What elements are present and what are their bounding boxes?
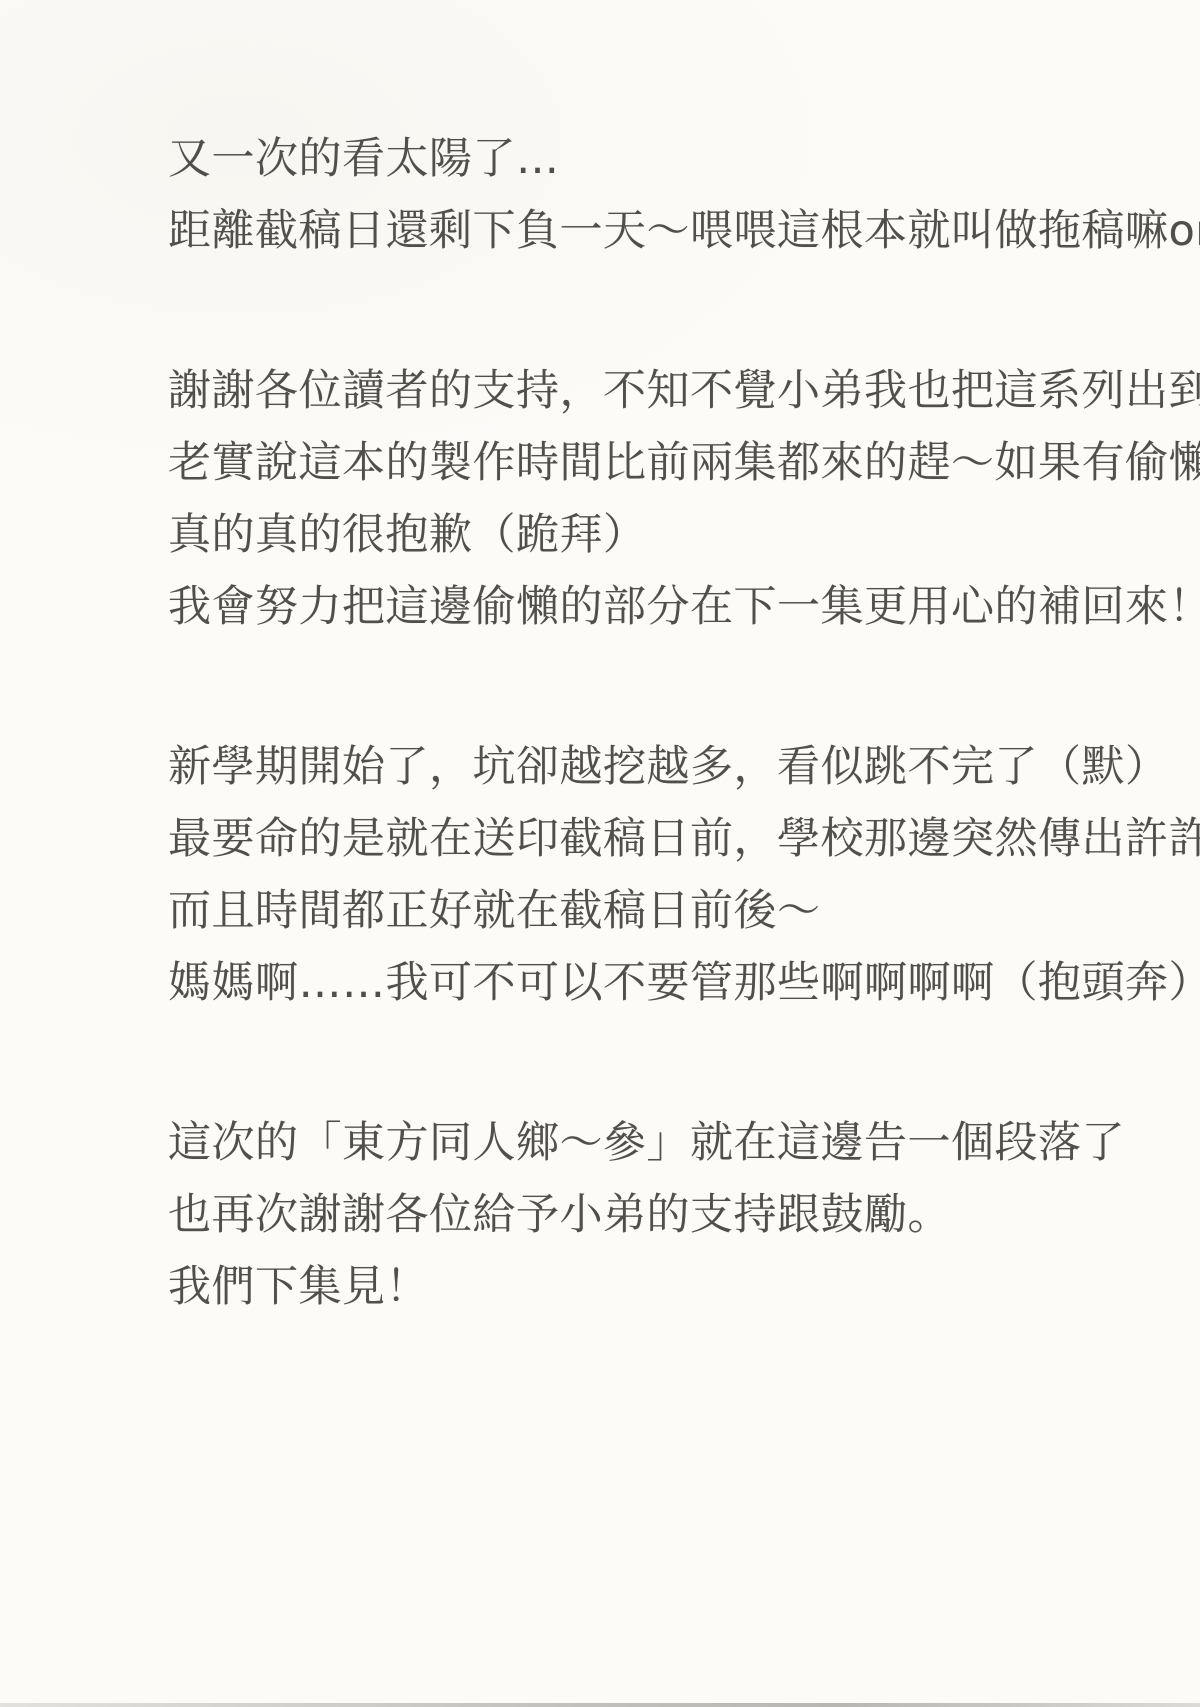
- text-line: 媽媽啊……我可不可以不要管那些啊啊啊啊（抱頭奔）: [168, 947, 1200, 1019]
- text-line: 而且時間都正好就在截稿日前後～: [168, 875, 1200, 947]
- text-line: 又一次的看太陽了…: [168, 123, 1200, 195]
- text-line: 謝謝各位讀者的支持，不知不覺小弟我也把這系列出到: [168, 355, 1200, 427]
- text-line: 最要命的是就在送印截稿日前，學校那邊突然傳出許許: [168, 803, 1200, 875]
- text-line: 老實說這本的製作時間比前兩集都來的趕～如果有偷懶: [168, 427, 1200, 499]
- text-line: 距離截稿日還剩下負一天～喂喂這根本就叫做拖稿嘛or: [168, 195, 1200, 267]
- text-line: 也再次謝謝各位給予小弟的支持跟鼓勵。: [168, 1179, 1200, 1251]
- afterword-text: 又一次的看太陽了…距離截稿日還剩下負一天～喂喂這根本就叫做拖稿嘛or謝謝各位讀者…: [168, 123, 1200, 1411]
- text-line: 我們下集見！: [168, 1251, 1200, 1323]
- paragraph: 謝謝各位讀者的支持，不知不覺小弟我也把這系列出到老實說這本的製作時間比前兩集都來…: [168, 355, 1200, 643]
- paragraph: 這次的「東方同人鄉～參」就在這邊告一個段落了也再次謝謝各位給予小弟的支持跟鼓勵。…: [168, 1107, 1200, 1323]
- text-line: 真的真的很抱歉（跪拜）: [168, 499, 1200, 571]
- text-line: 這次的「東方同人鄉～參」就在這邊告一個段落了: [168, 1107, 1200, 1179]
- paragraph: 新學期開始了，坑卻越挖越多，看似跳不完了（默）最要命的是就在送印截稿日前，學校那…: [168, 731, 1200, 1019]
- scanned-page: 又一次的看太陽了…距離截稿日還剩下負一天～喂喂這根本就叫做拖稿嘛or謝謝各位讀者…: [0, 0, 1200, 1707]
- paragraph: 又一次的看太陽了…距離截稿日還剩下負一天～喂喂這根本就叫做拖稿嘛or: [168, 123, 1200, 267]
- text-line: 新學期開始了，坑卻越挖越多，看似跳不完了（默）: [168, 731, 1200, 803]
- text-line: 我會努力把這邊偷懶的部分在下一集更用心的補回來！: [168, 571, 1200, 643]
- scan-edge-artifact: [0, 1703, 1200, 1707]
